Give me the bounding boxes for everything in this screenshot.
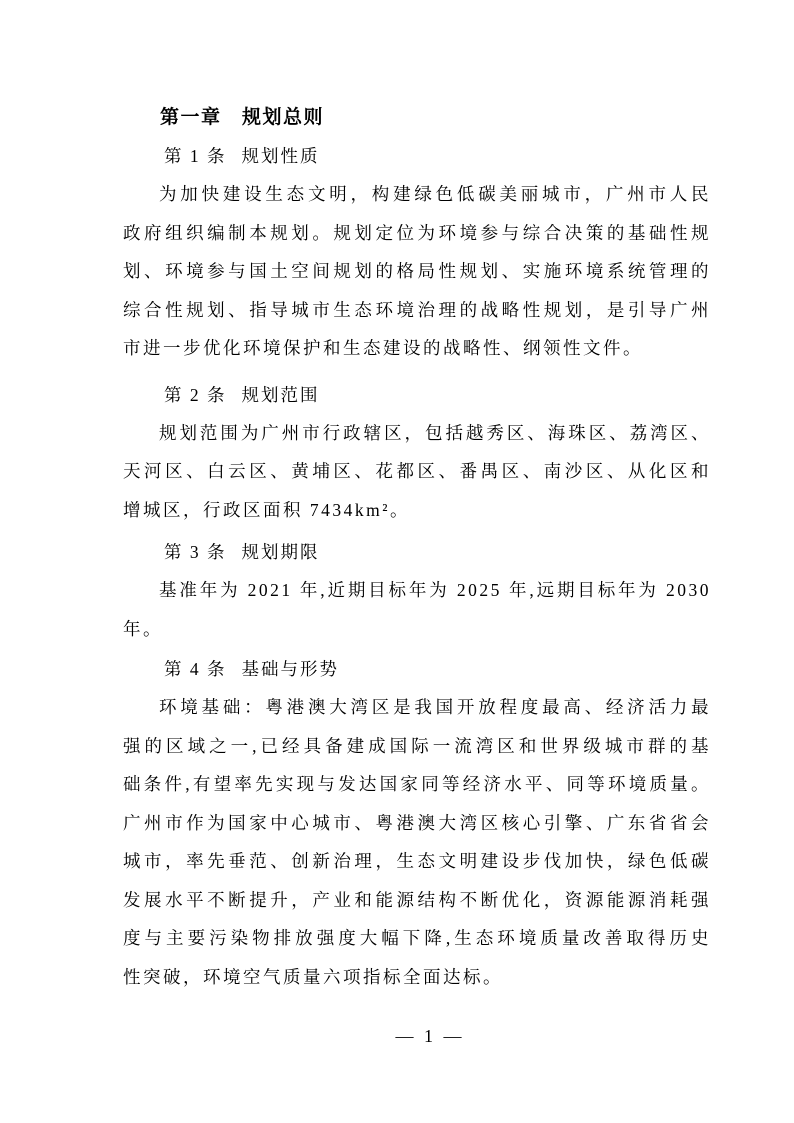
page-number: — 1 — <box>136 1026 724 1047</box>
body-line: 性突破，环境空气质量六项指标全面达标。 <box>123 958 711 997</box>
body-line: 环境基础：粤港澳大湾区是我国开放程度最高、经济活力最 <box>123 688 711 727</box>
article-2-title: 规划范围 <box>242 385 320 405</box>
body-line: 市进一步优化环境保护和生态建设的战略性、纲领性文件。 <box>123 329 711 368</box>
body-line: 增城区，行政区面积 7434km²。 <box>123 491 711 530</box>
article-3-heading: 第 3 条规划期限 <box>123 533 711 571</box>
article-2-label: 第 2 条 <box>164 385 227 405</box>
body-line: 划、环境参与国土空间规划的格局性规划、实施环境系统管理的 <box>123 252 711 291</box>
body-line: 为加快建设生态文明，构建绿色低碳美丽城市，广州市人民 <box>123 175 711 214</box>
document-page: 第一章 规划总则 第 1 条规划性质 为加快建设生态文明，构建绿色低碳美丽城市，… <box>0 0 794 1123</box>
body-line: 综合性规划、指导城市生态环境治理的战略性规划，是引导广州 <box>123 291 711 330</box>
article-2-heading: 第 2 条规划范围 <box>123 376 711 414</box>
body-line: 基准年为 2021 年,近期目标年为 2025 年,远期目标年为 2030 <box>123 571 711 610</box>
body-line: 础条件,有望率先实现与发达国家同等经济水平、同等环境质量。 <box>123 765 711 804</box>
body-line: 规划范围为广州市行政辖区，包括越秀区、海珠区、荔湾区、 <box>123 414 711 453</box>
body-line: 城市，率先垂范、创新治理，生态文明建设步伐加快，绿色低碳 <box>123 842 711 881</box>
article-3-title: 规划期限 <box>242 542 320 562</box>
article-3-label: 第 3 条 <box>164 542 227 562</box>
body-line: 度与主要污染物排放强度大幅下降,生态环境质量改善取得历史 <box>123 919 711 958</box>
body-line: 天河区、白云区、黄埔区、花都区、番禺区、南沙区、从化区和 <box>123 452 711 491</box>
article-4-heading: 第 4 条基础与形势 <box>123 650 711 688</box>
article-1-label: 第 1 条 <box>164 146 227 166</box>
page-content: 第一章 规划总则 第 1 条规划性质 为加快建设生态文明，构建绿色低碳美丽城市，… <box>123 105 711 996</box>
article-1-title: 规划性质 <box>242 146 320 166</box>
article-4-paragraph: 环境基础：粤港澳大湾区是我国开放程度最高、经济活力最 强的区域之一,已经具备建成… <box>123 688 711 996</box>
body-line: 强的区域之一,已经具备建成国际一流湾区和世界级城市群的基 <box>123 727 711 766</box>
body-line: 广州市作为国家中心城市、粤港澳大湾区核心引擎、广东省省会 <box>123 804 711 843</box>
article-3-paragraph: 基准年为 2021 年,近期目标年为 2025 年,远期目标年为 2030 年。 <box>123 571 711 648</box>
body-line: 年。 <box>123 610 711 649</box>
chapter-title: 第一章 规划总则 <box>123 105 711 131</box>
article-1-heading: 第 1 条规划性质 <box>123 137 711 175</box>
article-2-paragraph: 规划范围为广州市行政辖区，包括越秀区、海珠区、荔湾区、 天河区、白云区、黄埔区、… <box>123 414 711 530</box>
article-1-paragraph: 为加快建设生态文明，构建绿色低碳美丽城市，广州市人民 政府组织编制本规划。规划定… <box>123 175 711 368</box>
body-line: 发展水平不断提升，产业和能源结构不断优化，资源能源消耗强 <box>123 881 711 920</box>
article-4-title: 基础与形势 <box>242 659 340 679</box>
body-line: 政府组织编制本规划。规划定位为环境参与综合决策的基础性规 <box>123 214 711 253</box>
article-4-label: 第 4 条 <box>164 659 227 679</box>
